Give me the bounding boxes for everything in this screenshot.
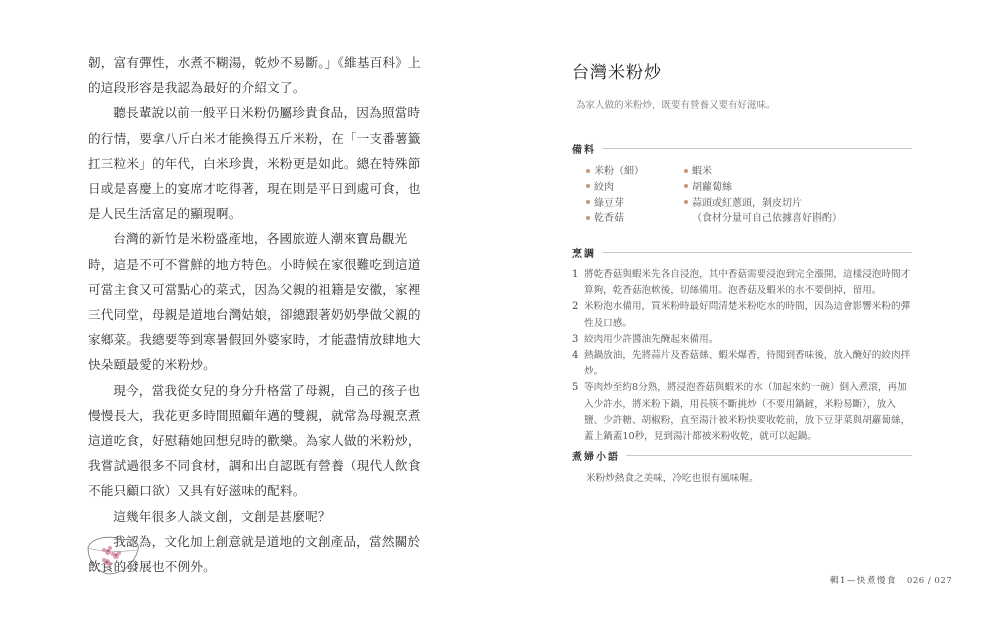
ingredient-item: 胡蘿蔔絲 bbox=[684, 180, 906, 196]
tips-heading: 煮婦小語 bbox=[572, 448, 912, 462]
ingredients-heading: 備料 bbox=[572, 141, 912, 155]
left-page: 韌，富有彈性，水煮不糊湯，乾炒不易斷。」《維基百科》上的這段形容是我認為最好的介… bbox=[0, 0, 500, 618]
bullet-icon bbox=[586, 169, 590, 173]
steps-heading: 烹調 bbox=[572, 245, 912, 259]
divider bbox=[602, 252, 912, 253]
ingredient-item: 米粉（細） bbox=[586, 164, 684, 180]
paragraph-1: 韌，富有彈性，水煮不糊湯，乾炒不易斷。」《維基百科》上的這段形容是我認為最好的介… bbox=[88, 50, 433, 100]
ingredient-item: 乾香菇 bbox=[586, 211, 684, 227]
step-item: 2米粉泡水備用，買米粉時最好問清楚米粉吃水的時間，因為這會影響米粉的彈性及口感。 bbox=[572, 299, 914, 331]
page-numbers: 026 / 027 bbox=[907, 576, 952, 586]
ingredient-item: 綠豆芽 bbox=[586, 196, 684, 212]
bullet-icon bbox=[586, 200, 590, 204]
tips-heading-label: 煮婦小語 bbox=[572, 448, 626, 463]
step-item: 1將乾香菇與蝦米先各自浸泡，其中香菇需要浸泡到完全漲開，這樣浸泡時間才算夠，乾香… bbox=[572, 267, 914, 299]
bullet-icon bbox=[586, 184, 590, 188]
step-item: 5等肉炒至約8分熟，將浸泡香菇與蝦米的水（加起來約一碗）倒入煮滾，再加入少許水，… bbox=[572, 380, 914, 445]
step-item: 4熱鍋放油，先將蒜片及香菇絲、蝦米爆香，待聞到香味後，放入醃好的絞肉拌炒。 bbox=[572, 348, 914, 380]
recipe-subtitle: 為家人做的米粉炒，既要有營養又要有好滋味。 bbox=[576, 97, 776, 111]
ingredient-item: 絞肉 bbox=[586, 180, 684, 196]
bullet-icon bbox=[684, 169, 688, 173]
bullet-icon bbox=[586, 216, 590, 220]
paragraph-5: 這幾年很多人談文創，文創是甚麼呢？ bbox=[88, 504, 433, 529]
ingredient-item: 蒜頭或紅蔥頭，剝皮切片 bbox=[684, 196, 906, 212]
paragraph-3: 台灣的新竹是米粉盛產地，各國旅遊人潮來寶島觀光時，這是不可不嘗鮮的地方特色。小時… bbox=[88, 226, 433, 377]
bullet-icon bbox=[684, 200, 688, 204]
step-item: 3絞肉用少許醬油先醃起來備用。 bbox=[572, 332, 914, 348]
divider bbox=[602, 148, 912, 149]
ingredient-note: （食材分量可自己依據喜好斟酌） bbox=[684, 211, 906, 227]
ingredients-heading-label: 備料 bbox=[572, 141, 602, 156]
section-name: 輯1—快煮慢食 bbox=[830, 576, 897, 586]
recipe-title: 台灣米粉炒 bbox=[572, 58, 662, 83]
ingredient-item: 蝦米 bbox=[684, 164, 906, 180]
right-page: 台灣米粉炒 為家人做的米粉炒，既要有營養又要有好滋味。 備料 米粉（細） 蝦米 … bbox=[500, 0, 1000, 618]
steps-heading-label: 烹調 bbox=[572, 245, 602, 260]
tips-text: 米粉炒熱食之美味，冷吃也很有風味喔。 bbox=[586, 470, 759, 484]
page-footer: 輯1—快煮慢食026 / 027 bbox=[830, 574, 952, 586]
bullet-icon bbox=[684, 184, 688, 188]
ingredients-list: 米粉（細） 蝦米 絞肉 胡蘿蔔絲 綠豆芽 蒜頭或紅蔥頭，剝皮切片 乾香菇 （食材… bbox=[586, 164, 906, 227]
paragraph-4: 現今，當我從女兒的身分升格當了母親，自己的孩子也慢慢長大，我花更多時間照顧年邁的… bbox=[88, 378, 433, 504]
divider bbox=[626, 455, 912, 456]
paragraph-2: 聽長輩說以前一般平日米粉仍屬珍貴食品，因為照當時的行情，要拿八斤白米才能換得五斤… bbox=[88, 100, 433, 226]
steps-list: 1將乾香菇與蝦米先各自浸泡，其中香菇需要浸泡到完全漲開，這樣浸泡時間才算夠，乾香… bbox=[572, 267, 914, 445]
bowl-illustration-icon bbox=[82, 530, 142, 580]
essay-text: 韌，富有彈性，水煮不糊湯，乾炒不易斷。」《維基百科》上的這段形容是我認為最好的介… bbox=[88, 50, 433, 579]
